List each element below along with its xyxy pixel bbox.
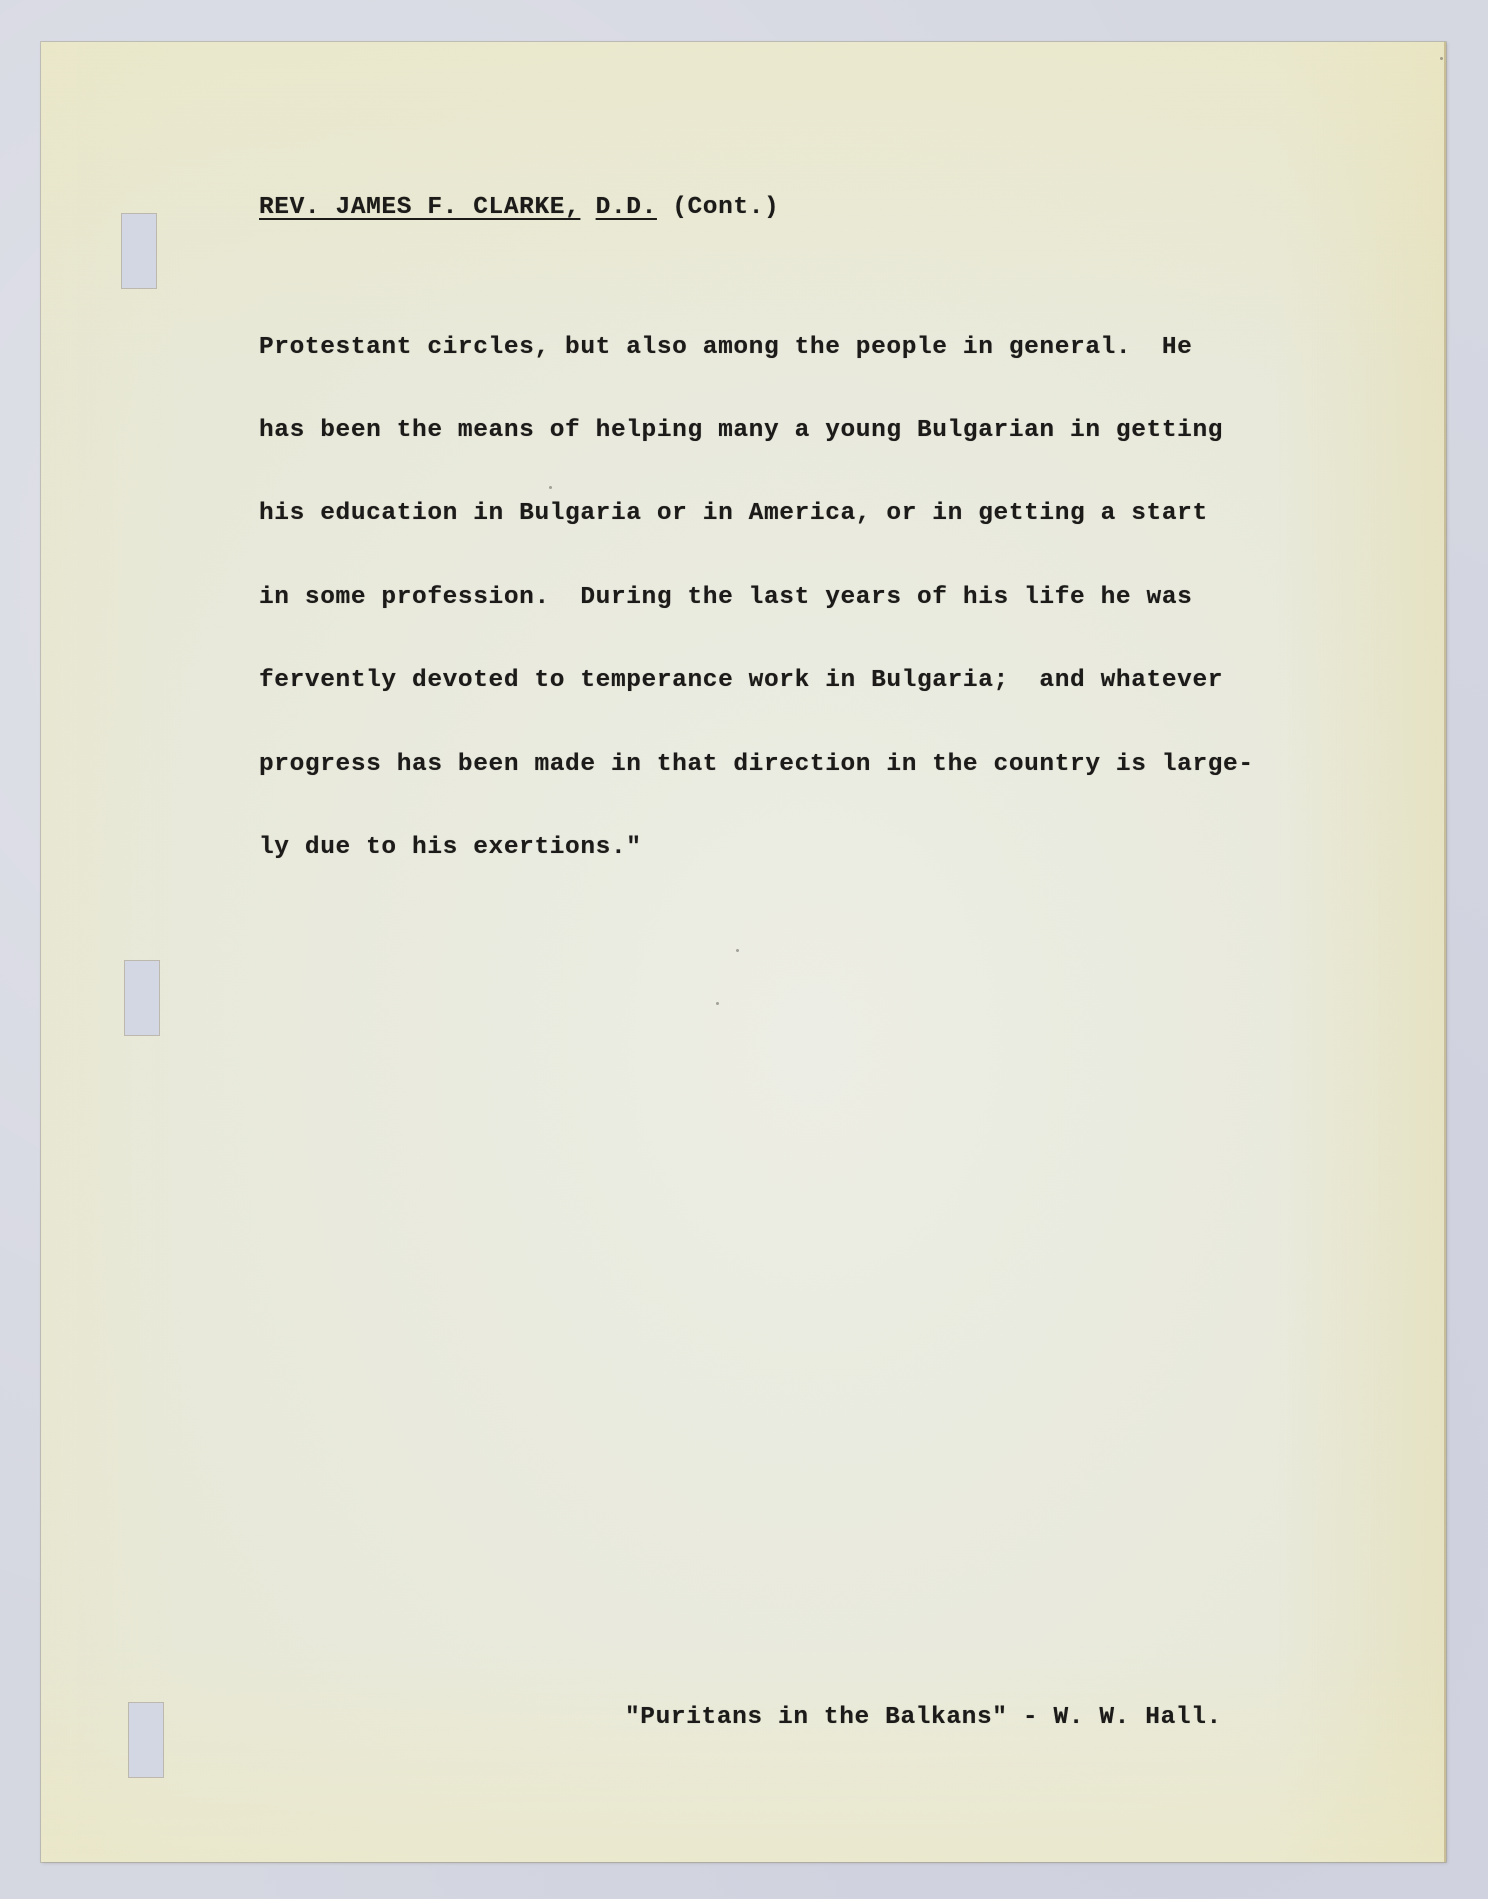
- body-line: in some profession. During the last year…: [259, 584, 1254, 612]
- paper-speck: [716, 1002, 719, 1005]
- punch-hole-middle: [124, 960, 160, 1036]
- punch-hole-bottom: [128, 1702, 164, 1778]
- body-line: ly due to his exertions.": [259, 834, 1254, 862]
- body-line: his education in Bulgaria or in America,…: [259, 500, 1254, 528]
- body-line: fervently devoted to temperance work in …: [259, 667, 1254, 695]
- punch-hole-top: [121, 213, 157, 289]
- heading-continuation: (Cont.): [672, 194, 779, 221]
- page-heading: REV. JAMES F. CLARKE, D.D. (Cont.): [259, 193, 779, 223]
- body-line: Protestant circles, but also among the p…: [259, 334, 1254, 362]
- source-attribution: "Puritans in the Balkans" - W. W. Hall.: [625, 1703, 1222, 1733]
- body-paragraph: Protestant circles, but also among the p…: [259, 278, 1254, 890]
- paper-speck: [736, 949, 739, 952]
- heading-degree: D.D.: [596, 194, 657, 221]
- body-line: has been the means of helping many a you…: [259, 417, 1254, 445]
- heading-name: REV. JAMES F. CLARKE,: [259, 194, 580, 221]
- paper-speck: [1440, 57, 1443, 60]
- body-line: progress has been made in that direction…: [259, 751, 1254, 779]
